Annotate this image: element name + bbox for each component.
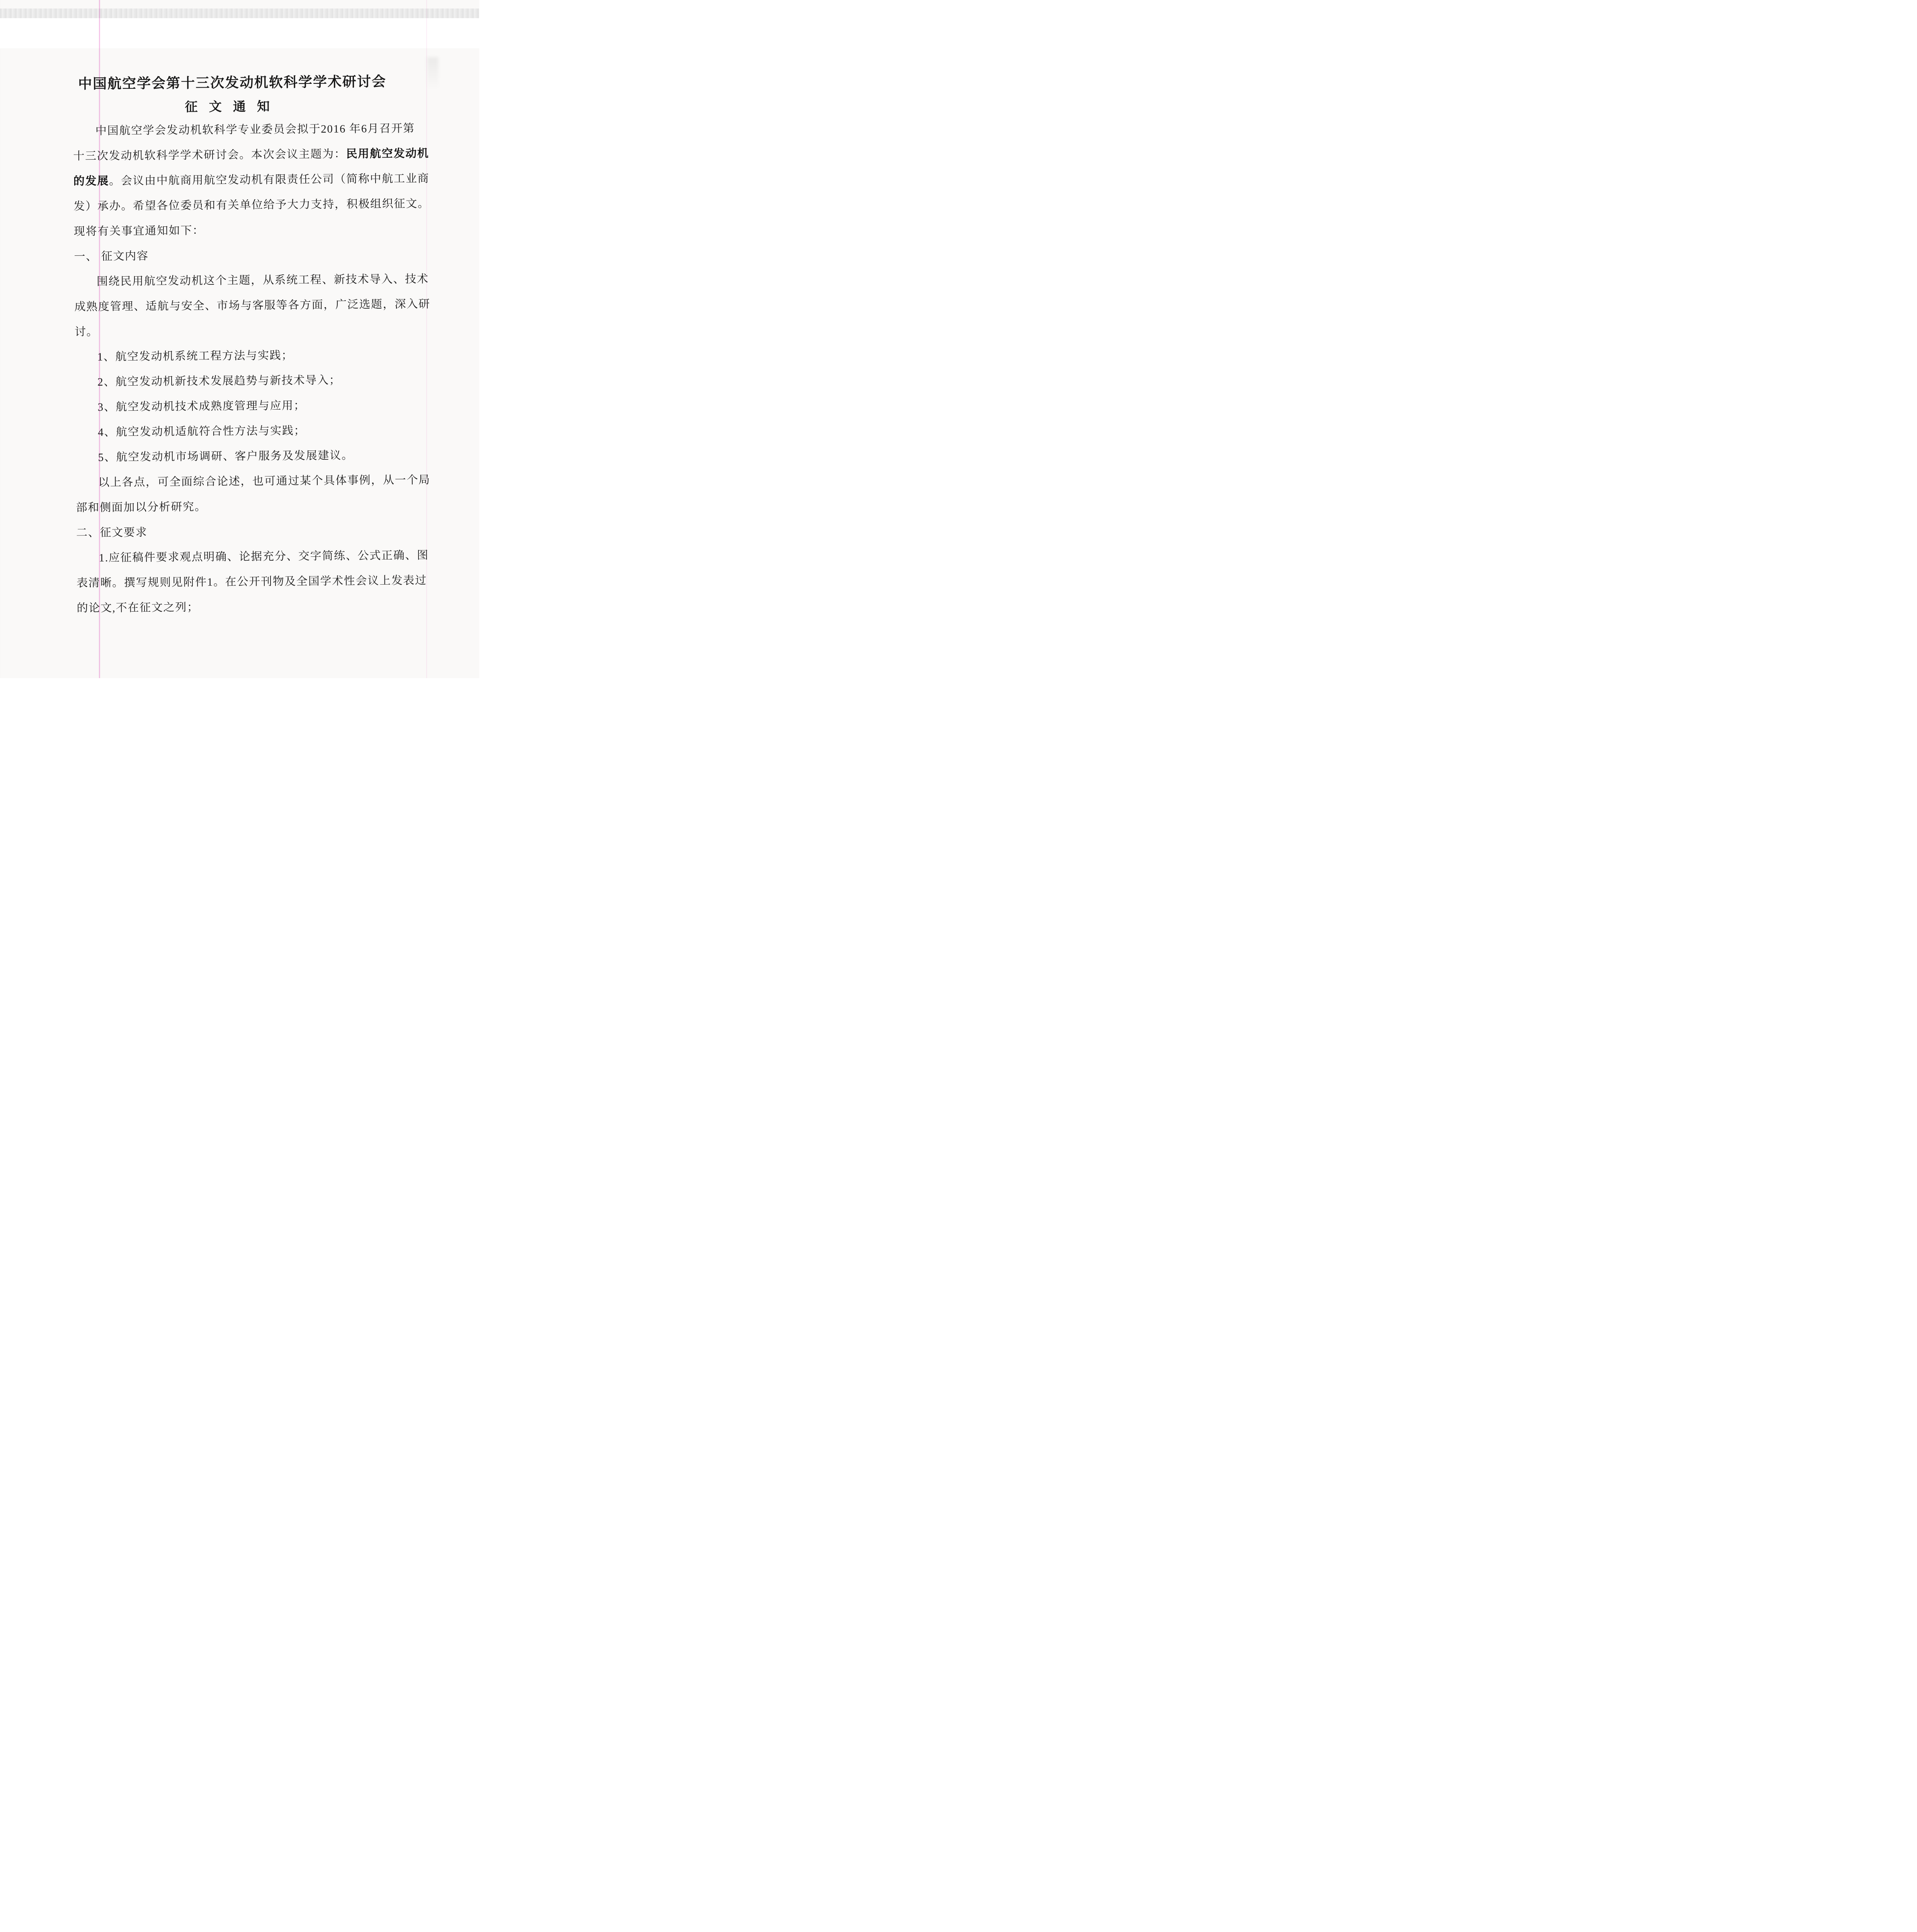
scan-white-strip [0,18,479,48]
text-line: 1.应征稿件要求观点明确、论据充分、交字简练、公式正确、图 [76,543,434,571]
text-line: 4、航空发动机适航符合性方法与实践； [75,417,433,445]
text-line: 5、航空发动机市场调研、客户服务及发展建议。 [75,442,433,470]
bold-text-segment: 民用航空发动机 [346,147,429,160]
text-line: 的论文,不在征文之列； [77,593,434,621]
text-line: 部和侧面加以分析研究。 [76,493,434,520]
text-line: 成熟度管理、适航与安全、市场与客服等各方面，广泛选题，深入研 [74,292,432,320]
text-segment: 部和侧面加以分析研究。 [76,501,207,514]
text-segment: 讨。 [75,326,99,338]
text-line: 讨。 [75,317,432,345]
text-line: 围绕民用航空发动机这个主题，从系统工程、新技术导入、技术 [74,267,432,294]
text-segment: 中国航空学会发动机软科学专业委员会拟于2016 年6月召开第 [95,122,415,137]
text-line: 表清晰。撰写规则见附件1。在公开刊物及全国学术性会议上发表过 [77,568,434,596]
text-segment: 以上各点，可全面综合论述，也可通过某个具体事例，从一个局 [98,474,430,489]
pink-scanner-streak-right [426,0,427,678]
scanned-page: 中国航空学会第十三次发动机软科学学术研讨会 征 文 通 知 中国航空学会发动机软… [0,0,479,678]
text-segment: 二、征文要求 [76,526,147,539]
text-segment: 3、航空发动机技术成熟度管理与应用； [97,400,305,413]
text-segment: 十三次发动机软科学学术研讨会。本次会议主题为： [73,148,346,163]
text-line: 十三次发动机软科学学术研讨会。本次会议主题为：民用航空发动机 [73,141,431,169]
document-content: 中国航空学会第十三次发动机软科学学术研讨会 征 文 通 知 中国航空学会发动机软… [0,0,479,678]
text-line: 以上各点，可全面综合论述，也可通过某个具体事例，从一个局 [76,468,434,495]
text-line: 现将有关事宜通知如下： [74,216,432,244]
text-segment: 的论文,不在征文之列； [77,601,199,614]
text-line: 中国航空学会发动机软科学专业委员会拟于2016 年6月召开第 [73,116,431,144]
text-line: 2、航空发动机新技术发展趋势与新技术导入； [75,367,433,395]
document-subtitle: 征 文 通 知 [185,96,274,115]
text-segment: 一、 征文内容 [74,250,148,263]
document-body: 中国航空学会发动机软科学专业委员会拟于2016 年6月召开第十三次发动机软科学学… [73,116,435,621]
bold-text-segment: 的发展 [73,175,109,188]
text-line: 的发展。会议由中航商用航空发动机有限责任公司（简称中航工业商 [73,166,431,194]
text-segment: 现将有关事宜通知如下： [74,224,204,238]
pink-scanner-streak-left [99,0,100,678]
text-segment: 1.应征稿件要求观点明确、论据充分、交字简练、公式正确、图 [99,549,429,564]
text-line: 1、航空发动机系统工程方法与实践； [75,342,432,370]
text-segment: 围绕民用航空发动机这个主题，从系统工程、新技术导入、技术 [97,273,429,288]
document-title: 中国航空学会第十三次发动机软科学学术研讨会 [78,71,386,93]
text-segment: 成熟度管理、适航与安全、市场与客服等各方面，广泛选题，深入研 [74,298,430,313]
text-segment: 1、航空发动机系统工程方法与实践； [97,349,293,363]
text-segment: 表清晰。撰写规则见附件1。在公开刊物及全国学术性会议上发表过 [77,574,427,589]
text-segment: 发）承办。希望各位委员和有关单位给予大力支持，积极组织征文。 [73,197,429,213]
text-line: 一、 征文内容 [74,241,432,269]
text-segment: 4、航空发动机适航符合性方法与实践； [98,425,306,439]
text-line: 二、征文要求 [76,518,434,546]
text-segment: 。会议由中航商用航空发动机有限责任公司（简称中航工业商 [109,172,429,187]
text-line: 3、航空发动机技术成熟度管理与应用； [75,392,433,420]
text-segment: 5、航空发动机市场调研、客户服务及发展建议。 [98,449,354,464]
text-segment: 2、航空发动机新技术发展趋势与新技术导入； [97,374,341,388]
text-line: 发）承办。希望各位委员和有关单位给予大力支持，积极组织征文。 [73,191,431,219]
